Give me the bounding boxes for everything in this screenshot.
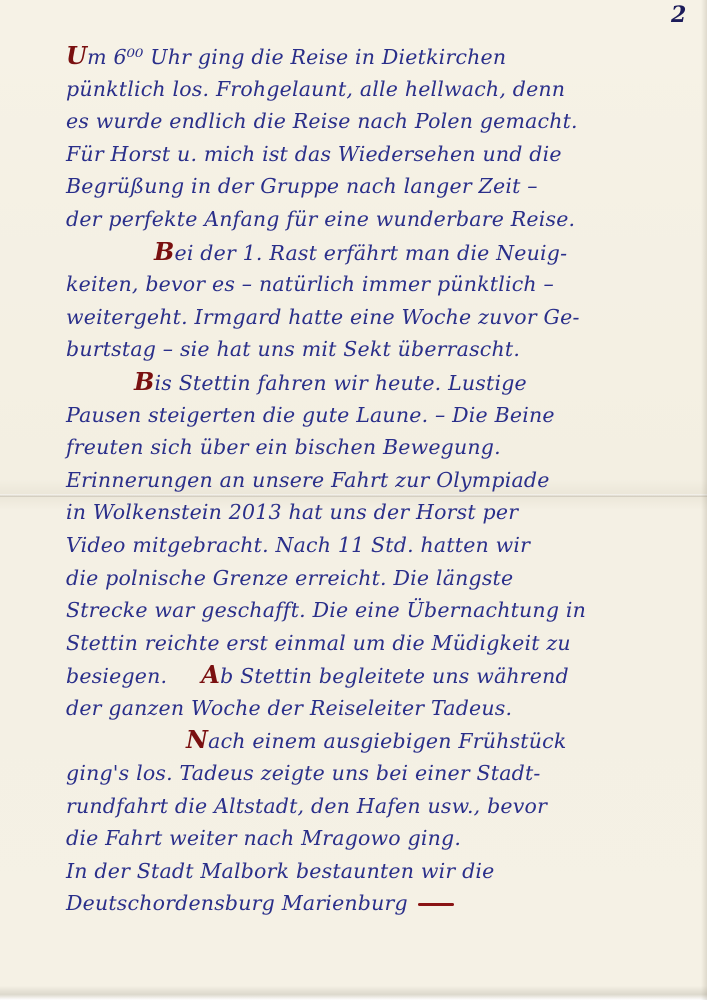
line-text: Stettin reichte erst einmal um die Müdig… [66,631,571,655]
paper-bottom-edge [0,986,707,1000]
text-line: Strecke war geschafft. Die eine Übernach… [66,594,706,627]
text-line: In der Stadt Malbork bestaunten wir die [66,855,706,888]
text-line: Nach einem ausgiebigen Frühstück [66,724,706,757]
red-initial: U [66,41,87,70]
line-text: der ganzen Woche der Reiseleiter Tadeus. [66,696,512,720]
line-text: die polnische Grenze erreicht. Die längs… [66,566,513,590]
line-text: b Stettin begleitete uns während [220,664,569,688]
line-text: freuten sich über ein bischen Bewegung. [66,435,501,459]
line-text: m 6⁰⁰ Uhr ging die Reise in Dietkirchen [87,45,506,69]
handwritten-letter-page: 2 Um 6⁰⁰ Uhr ging die Reise in Dietkirch… [0,0,707,1000]
text-line: der ganzen Woche der Reiseleiter Tadeus. [66,692,706,725]
line-text: besiegen. [66,664,167,688]
text-line: Bei der 1. Rast erfährt man die Neuig- [66,236,706,269]
text-line: Pausen steigerten die gute Laune. – Die … [66,399,706,432]
text-line: ging's los. Tadeus zeigte uns bei einer … [66,757,706,790]
text-line: keiten, bevor es – natürlich immer pünkt… [66,268,706,301]
text-line: die Fahrt weiter nach Mragowo ging. [66,822,706,855]
red-dash [418,903,454,906]
line-text: Begrüßung in der Gruppe nach langer Zeit… [66,174,538,198]
red-initial: N [186,725,208,754]
text-line: Um 6⁰⁰ Uhr ging die Reise in Dietkirchen [66,40,706,73]
line-text: es wurde endlich die Reise nach Polen ge… [66,109,578,133]
text-line: weitergeht. Irmgard hatte eine Woche zuv… [66,301,706,334]
line-text: weitergeht. Irmgard hatte eine Woche zuv… [66,305,580,329]
line-text: keiten, bevor es – natürlich immer pünkt… [66,272,554,296]
letter-body: Um 6⁰⁰ Uhr ging die Reise in Dietkirchen… [66,40,706,920]
page-number: 2 [671,2,686,28]
text-line: freuten sich über ein bischen Bewegung. [66,431,706,464]
line-text: Für Horst u. mich ist das Wiedersehen un… [66,142,562,166]
line-text: rundfahrt die Altstadt, den Hafen usw., … [66,794,547,818]
text-line: der perfekte Anfang für eine wunderbare … [66,203,706,236]
line-text: is Stettin fahren wir heute. Lustige [155,371,527,395]
line-text: ach einem ausgiebigen Frühstück [208,729,566,753]
line-text: Erinnerungen an unsere Fahrt zur Olympia… [66,468,550,492]
text-line: Begrüßung in der Gruppe nach langer Zeit… [66,170,706,203]
line-text: In der Stadt Malbork bestaunten wir die [66,859,495,883]
line-text: Strecke war geschafft. Die eine Übernach… [66,598,586,622]
text-line: Für Horst u. mich ist das Wiedersehen un… [66,138,706,171]
line-text: die Fahrt weiter nach Mragowo ging. [66,826,461,850]
text-line: die polnische Grenze erreicht. Die längs… [66,562,706,595]
text-line: in Wolkenstein 2013 hat uns der Horst pe… [66,496,706,529]
line-text: der perfekte Anfang für eine wunderbare … [66,207,575,231]
text-line: besiegen.Ab Stettin begleitete uns währe… [66,659,706,692]
line-text: Deutschordensburg Marienburg [66,891,408,915]
text-line: Video mitgebracht. Nach 11 Std. hatten w… [66,529,706,562]
line-text: Video mitgebracht. Nach 11 Std. hatten w… [66,533,530,557]
line-text: in Wolkenstein 2013 hat uns der Horst pe… [66,500,518,524]
line-text: pünktlich los. Frohgelaunt, alle hellwac… [66,77,565,101]
red-initial: B [154,237,175,266]
text-line: Deutschordensburg Marienburg [66,887,706,920]
line-text: ging's los. Tadeus zeigte uns bei einer … [66,761,541,785]
red-initial: B [134,367,155,396]
line-text: burtstag – sie hat uns mit Sekt überrasc… [66,337,520,361]
text-line: es wurde endlich die Reise nach Polen ge… [66,105,706,138]
red-initial: A [201,660,220,689]
line-text: Pausen steigerten die gute Laune. – Die … [66,403,555,427]
text-line: rundfahrt die Altstadt, den Hafen usw., … [66,790,706,823]
text-line: Stettin reichte erst einmal um die Müdig… [66,627,706,660]
text-line: pünktlich los. Frohgelaunt, alle hellwac… [66,73,706,106]
line-text: ei der 1. Rast erfährt man die Neuig- [175,241,568,265]
text-line: Erinnerungen an unsere Fahrt zur Olympia… [66,464,706,497]
text-line: burtstag – sie hat uns mit Sekt überrasc… [66,333,706,366]
text-line: Bis Stettin fahren wir heute. Lustige [66,366,706,399]
